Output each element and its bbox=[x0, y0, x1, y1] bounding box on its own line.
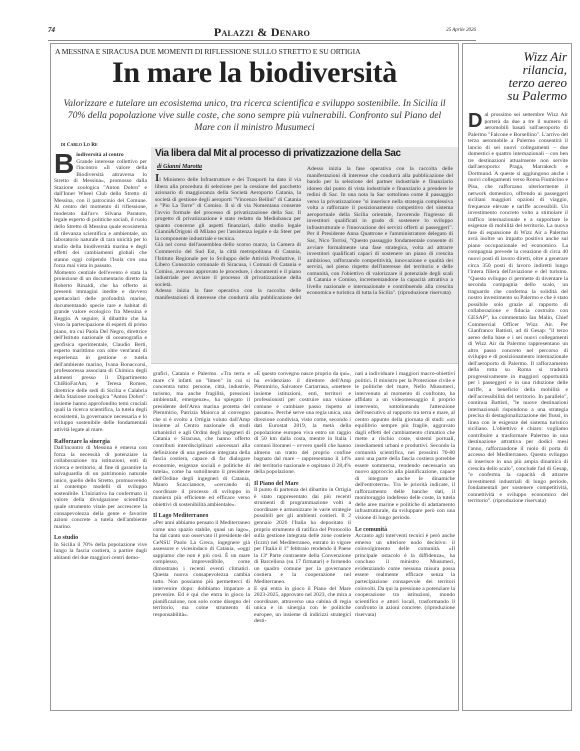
paragraph: Momento centrale dell'evento è stata la … bbox=[54, 270, 147, 434]
wizz-air-sidebar: Wizz Air rilancia, terzo aereo su Palerm… bbox=[462, 43, 572, 711]
sidebar-title: Wizz Air rilancia, terzo aereo su Palerm… bbox=[463, 50, 567, 102]
box-column-2: Adesso inizia la fase operativa con la r… bbox=[307, 166, 453, 363]
paragraph: «E questo convegno nasce proprio da qui»… bbox=[254, 371, 351, 476]
paragraph: Dall'incontro di Messina è emersa con fo… bbox=[54, 445, 147, 530]
article-kicker: A MESSINA E SIRACUSA DUE MOMENTI DI RIFL… bbox=[55, 47, 360, 56]
article-column-3: «E questo convegno nasce proprio da qui»… bbox=[254, 371, 351, 625]
box-column-1: Il Ministero delle Infrastrutture e dei … bbox=[155, 175, 301, 301]
sidebar-body: D al prossimo sei settembre Wizz Air por… bbox=[468, 112, 568, 505]
article-column-4: nati a individuare i maggiori macro-obie… bbox=[355, 371, 455, 618]
paragraph: «Per anni abbiamo pensato il Mediterrane… bbox=[153, 520, 250, 618]
article-subtitle: Valorizzare e tutelare un ecosistema uni… bbox=[59, 98, 450, 134]
paragraph: Il punto di partenza del dibattito in Or… bbox=[254, 487, 351, 585]
paragraph: nati a individuare i maggiori macro-obie… bbox=[355, 371, 455, 522]
page-header: 74 Palazzi & Denaro 25 Aprile 2026 bbox=[48, 26, 476, 41]
paragraph: E qui entra in gioco il Piano del Mare 2… bbox=[254, 586, 351, 625]
paragraph: Già nel corso dell'assemblea dello scors… bbox=[155, 242, 301, 288]
dropcap: D bbox=[468, 113, 482, 129]
article-column-1: B iodiversità al centro Grande interesse… bbox=[54, 152, 147, 561]
paragraph: In Sicilia il 70% della popolazione vive… bbox=[54, 542, 147, 562]
article-title: In mare la biodiversità bbox=[51, 56, 458, 90]
paragraph: Adesso inizia la fase operativa con la r… bbox=[155, 288, 301, 301]
issue-date: 25 Aprile 2026 bbox=[446, 28, 476, 33]
paragraph: grafici, Catania e Palermo. «Tra terra e… bbox=[153, 371, 250, 508]
sidebar-title-line: su Palermo bbox=[463, 89, 567, 102]
dropcap: B bbox=[54, 153, 74, 175]
paragraph: Accanto agli interventi tecnici è però a… bbox=[355, 533, 455, 618]
main-article: A MESSINA E SIRACUSA DUE MOMENTI DI RIFL… bbox=[50, 43, 459, 711]
article-column-2: grafici, Catania e Palermo. «Tra terra e… bbox=[153, 371, 250, 618]
box-byline: di Gianni Marotta bbox=[157, 164, 202, 170]
paragraph: Adesso inizia la fase operativa con la r… bbox=[307, 166, 453, 363]
paragraph: al prossimo sei settembre Wizz Air porte… bbox=[468, 112, 568, 505]
masthead: Palazzi & Denaro bbox=[48, 25, 476, 40]
lead-heading: iodiversità al centro bbox=[76, 152, 123, 158]
sac-privatization-box: Via libera dal Mit al processo di privat… bbox=[151, 147, 458, 364]
paragraph: l Ministero delle Infrastrutture e dei T… bbox=[155, 177, 301, 242]
box-title: Via libera dal Mit al processo di privat… bbox=[155, 147, 401, 159]
